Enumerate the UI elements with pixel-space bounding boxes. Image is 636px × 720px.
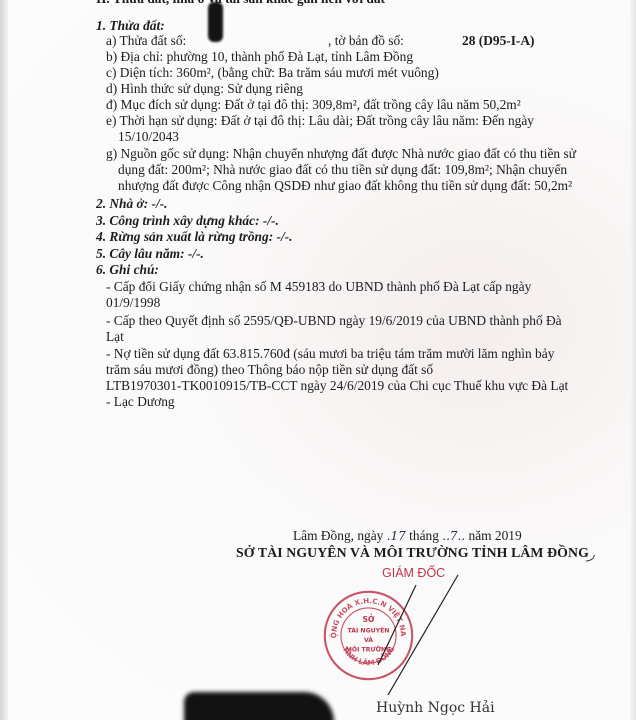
- signature-strokes-icon: [308, 555, 628, 695]
- handwritten-month: ..7..: [442, 529, 465, 543]
- map-sheet-value: 28 (D95-I-A): [462, 33, 535, 49]
- handwritten-day: .17: [387, 529, 406, 543]
- redaction-mark: [184, 692, 334, 720]
- certificate-page: II. Thửa đất, nhà ở và tài sản khác gắn …: [8, 0, 630, 720]
- right-margin-shadow: [630, 0, 636, 720]
- signer-name: Huỳnh Ngọc Hải: [376, 700, 495, 716]
- note-line: LTB1970301-TK0010915/TB-CCT ngày 24/6/20…: [106, 378, 568, 394]
- place-label: Lâm Đồng, ngày: [293, 528, 387, 543]
- other-construction-section: 3. Công trình xây dựng khác: -/-.: [96, 213, 279, 229]
- land-section-title: 1. Thửa đất:: [96, 18, 165, 34]
- usage-form-line: d) Hình thức sử dụng: Sử dụng riêng: [106, 81, 303, 97]
- area-line: c) Diện tích: 360m², (bằng chữ: Ba trăm …: [106, 65, 439, 81]
- perennial-section: 5. Cây lâu năm: -/-.: [96, 246, 204, 262]
- origin-line-2: dụng đất: 200m²; Nhà nước giao đất có th…: [118, 162, 567, 178]
- left-margin-shadow: [0, 0, 8, 720]
- note-line: trăm sáu mươi đồng) theo Thông báo nộp t…: [106, 362, 433, 378]
- forest-section: 4. Rừng sản xuất là rừng trồng: -/-.: [96, 229, 293, 245]
- section-heading: II. Thửa đất, nhà ở và tài sản khác gắn …: [96, 0, 385, 7]
- note-line: - Nợ tiền sử dụng đất 63.815.760đ (sáu m…: [106, 346, 554, 362]
- map-sheet-label: , tờ bản đồ số:: [328, 33, 404, 49]
- parcel-number-label: a) Thửa đất số:: [106, 33, 186, 49]
- origin-line-1: g) Nguồn gốc sử dụng: Nhận chuyển nhượng…: [106, 146, 576, 162]
- usage-term-date: 15/10/2043: [118, 129, 179, 145]
- place-and-date: Lâm Đồng, ngày .17 tháng ..7.. năm 2019: [293, 528, 522, 544]
- month-label: tháng: [406, 528, 442, 543]
- origin-line-3: nhượng đất được Công nhận QSDĐ như giao …: [118, 178, 572, 194]
- note-line: - Lạc Dương: [106, 394, 175, 410]
- note-line: Lạt: [106, 329, 124, 345]
- notes-section-title: 6. Ghi chú:: [96, 262, 159, 278]
- note-line: 01/9/1998: [106, 295, 160, 311]
- usage-term-line: e) Thời hạn sử dụng: Đất ở tại đô thị: L…: [106, 113, 534, 129]
- note-line: - Cấp đổi Giấy chứng nhận số M 459183 do…: [106, 279, 531, 295]
- address-line: b) Địa chỉ: phường 10, thành phố Đà Lạt,…: [106, 49, 413, 65]
- house-section: 2. Nhà ở: -/-.: [96, 196, 168, 212]
- year-label: năm 2019: [465, 528, 522, 543]
- note-line: - Cấp theo Quyết định số 2595/QĐ-UBND ng…: [106, 313, 562, 329]
- redaction-mark: [208, 2, 223, 42]
- usage-purpose-line: đ) Mục đích sử dụng: Đất ở tại đô thị: 3…: [106, 97, 521, 113]
